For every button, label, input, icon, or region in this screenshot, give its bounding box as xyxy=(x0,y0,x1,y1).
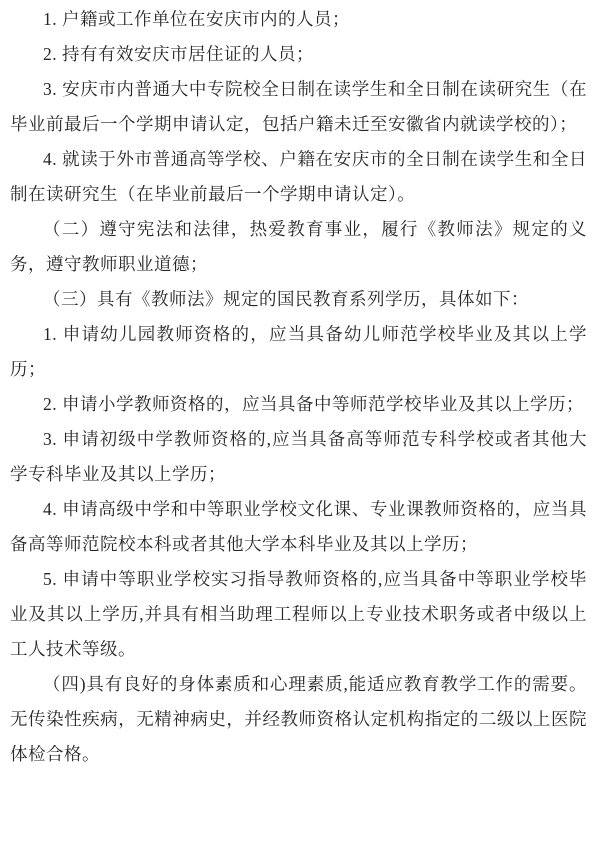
paragraph: 2. 申请小学教师资格的，应当具备中等师范学校毕业及其以上学历； xyxy=(10,387,587,422)
paragraph: 2. 持有有效安庆市居住证的人员； xyxy=(10,37,587,72)
document-page: 1. 户籍或工作单位在安庆市内的人员；2. 持有有效安庆市居住证的人员；3. 安… xyxy=(0,0,596,845)
paragraph: 3. 安庆市内普通大中专院校全日制在读学生和全日制在读研究生（在毕业前最后一个学… xyxy=(10,72,587,142)
paragraph: 3. 申请初级中学教师资格的,应当具备高等师范专科学校或者其他大学专科毕业及其以… xyxy=(10,422,587,492)
paragraph: 5. 申请中等职业学校实习指导教师资格的,应当具备中等职业学校毕业及其以上学历,… xyxy=(10,562,587,667)
paragraph: （二）遵守宪法和法律，热爱教育事业，履行《教师法》规定的义务，遵守教师职业道德； xyxy=(10,212,587,282)
paragraph: 1. 申请幼儿园教师资格的，应当具备幼儿师范学校毕业及其以上学历； xyxy=(10,317,587,387)
paragraph: 1. 户籍或工作单位在安庆市内的人员； xyxy=(10,2,587,37)
paragraph: （三）具有《教师法》规定的国民教育系列学历，具体如下： xyxy=(10,282,587,317)
paragraph: 4. 申请高级中学和中等职业学校文化课、专业课教师资格的，应当具备高等师范院校本… xyxy=(10,492,587,562)
paragraph: （四)具有良好的身体素质和心理素质,能适应教育教学工作的需要。无传染性疾病，无精… xyxy=(10,667,587,772)
document-body: 1. 户籍或工作单位在安庆市内的人员；2. 持有有效安庆市居住证的人员；3. 安… xyxy=(10,2,587,772)
paragraph: 4. 就读于外市普通高等学校、户籍在安庆市的全日制在读学生和全日制在读研究生（在… xyxy=(10,142,587,212)
